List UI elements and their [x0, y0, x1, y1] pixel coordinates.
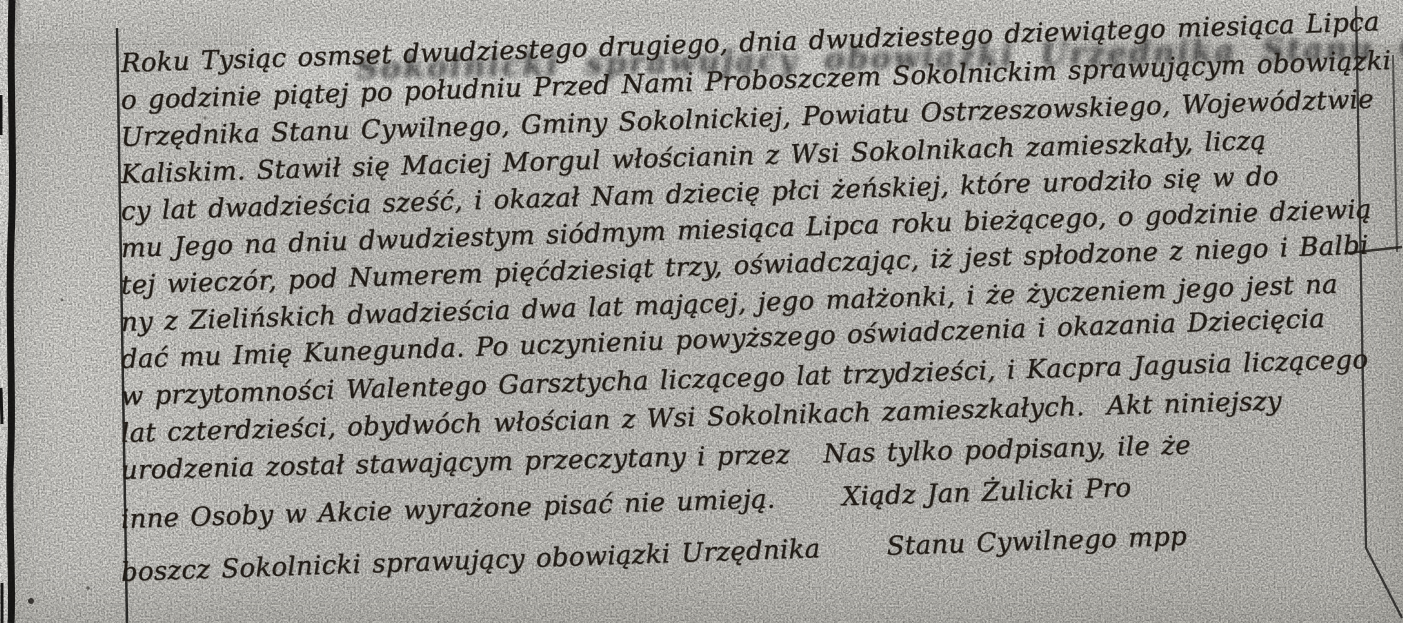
ink-dot	[28, 598, 34, 604]
record-text-block: Roku Tysiąc osmset dwudziestego drugiego…	[121, 46, 1383, 592]
far-right-rule-line	[1393, 55, 1397, 252]
scanner-bed-edge	[0, 0, 9, 623]
ink-dot	[61, 299, 64, 302]
document-scan: Sokolnicki sprawujący obowiązki Urzędnik…	[0, 0, 1403, 623]
ink-dot	[86, 586, 89, 589]
left-fold-border-line	[10, 0, 13, 623]
